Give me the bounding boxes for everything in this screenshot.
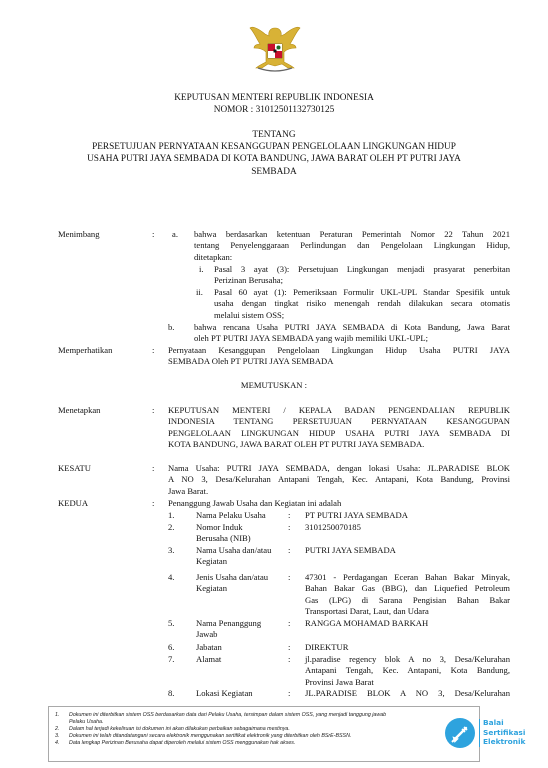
item-number: 7. xyxy=(168,654,174,665)
text-line: bahwa rencana Usaha PUTRI JAYA SEMBADA d… xyxy=(194,322,510,333)
note-number: 2. xyxy=(55,726,59,733)
bsre-divider xyxy=(479,719,480,747)
value-line: DIREKTUR xyxy=(305,642,510,653)
item-value: jl.paradise regency blok A no 3, Desa/Ke… xyxy=(305,654,510,688)
logo-line: Sertifikasi xyxy=(483,728,525,738)
text-line: tentang Penyelenggaraan Perlindungan dan… xyxy=(194,240,510,251)
item-number: 1. xyxy=(168,510,174,521)
value-line: JL.PARADISE BLOK A NO 3, Desa/Kelurahan xyxy=(305,688,510,699)
item-value: DIREKTUR xyxy=(305,642,510,653)
menimbang-b-marker: b. xyxy=(168,322,174,333)
menimbang-a-ii-marker: ii. xyxy=(196,287,203,298)
text-line: bahwa berdasarkan ketentuan Peraturan Pe… xyxy=(194,229,510,240)
colon: : xyxy=(288,688,290,699)
footer-note: 4.Data lengkap Perizinan Berusaha dapat … xyxy=(55,740,390,747)
item-number: 2. xyxy=(168,522,174,533)
decree-subject: TENTANG PERSETUJUAN PERNYATAAN KESANGGUP… xyxy=(40,129,508,178)
colon: : xyxy=(288,618,290,629)
decree-document-page: KEPUTUSAN MENTERI REPUBLIK INDONESIA NOM… xyxy=(0,0,548,768)
bsre-key-icon xyxy=(445,718,475,748)
menimbang-a-i-marker: i. xyxy=(199,264,204,275)
text-line: oleh PT PUTRI JAYA SEMBADA yang wajib me… xyxy=(194,333,510,344)
text-line: usaha dengan tingkat risiko menengah ren… xyxy=(214,298,510,309)
note-number: 1. xyxy=(55,712,59,719)
footer-notes-box: 1.Dokumen ini diterbitkan sistem OSS ber… xyxy=(48,706,480,762)
item-number: 8. xyxy=(168,688,174,699)
value-line: PUTRI JAYA SEMBADA xyxy=(305,545,510,556)
text-line: Pasal 3 ayat (3): Persetujuan Lingkungan… xyxy=(214,264,510,275)
memperhatikan-label: Memperhatikan xyxy=(58,345,112,356)
note-text: Dalam hal terjadi kekeliruan isi dokumen… xyxy=(69,726,290,732)
item-value: PT PUTRI JAYA SEMBADA xyxy=(305,510,510,521)
kesatu-label: KESATU xyxy=(58,463,91,474)
colon: : xyxy=(288,545,290,556)
colon: : xyxy=(288,642,290,653)
value-line: PT PUTRI JAYA SEMBADA xyxy=(305,510,510,521)
text-line: Pernyataan Kesanggupan Pengelolaan Lingk… xyxy=(168,345,510,356)
menimbang-a-i-text: Pasal 3 ayat (3): Persetujuan Lingkungan… xyxy=(214,264,510,287)
value-line: 47301 - Perdagangan Eceran Bahan Bakar M… xyxy=(305,572,510,583)
decree-number: NOMOR : 31012501132730125 xyxy=(40,104,508,116)
text-line: PENGELOLAAN LINGKUNGAN HIDUP USAHA PUTRI… xyxy=(168,428,510,439)
colon: : xyxy=(288,510,290,521)
memutuskan-heading: MEMUTUSKAN : xyxy=(40,380,508,390)
garuda-emblem-icon xyxy=(248,22,302,74)
menimbang-a-text: bahwa berdasarkan ketentuan Peraturan Pe… xyxy=(194,229,510,263)
note-number: 3. xyxy=(55,733,59,740)
tentang-label: TENTANG xyxy=(40,129,508,141)
key-line: Jawab xyxy=(196,629,282,640)
item-key: Nama Pelaku Usaha xyxy=(196,510,282,521)
logo-line: Balai xyxy=(483,718,525,728)
kedua-label: KEDUA xyxy=(58,498,88,509)
footer-note: 3.Dokumen ini telah ditandatangani secar… xyxy=(55,733,390,740)
key-line: Kegiatan xyxy=(196,583,282,594)
footer-note: 1.Dokumen ini diterbitkan sistem OSS ber… xyxy=(55,712,390,726)
key-line: Nama Penanggung xyxy=(196,618,282,629)
item-number: 3. xyxy=(168,545,174,556)
subject-line: PERSETUJUAN PERNYATAAN KESANGGUPAN PENGE… xyxy=(40,141,508,153)
kesatu-text: Nama Usaha: PUTRI JAYA SEMBADA, dengan l… xyxy=(168,463,510,497)
text-line: KOTA BANDUNG, JAWA BARAT OLEH PT PUTRI J… xyxy=(168,439,510,450)
menimbang-label: Menimbang xyxy=(58,229,100,240)
item-value: JL.PARADISE BLOK A NO 3, Desa/Kelurahan xyxy=(305,688,510,699)
text-line: Perizinan Berusaha; xyxy=(214,275,510,286)
subject-line: SEMBADA xyxy=(40,166,508,178)
value-line: Bahan Bakar Gas (BBG), dan Liquefied Pet… xyxy=(305,583,510,594)
key-line: Nama Pelaku Usaha xyxy=(196,510,282,521)
bsre-wordmark: Balai Sertifikasi Elektronik xyxy=(483,718,525,747)
menimbang-b-text: bahwa rencana Usaha PUTRI JAYA SEMBADA d… xyxy=(194,322,510,345)
menetapkan-text: KEPUTUSAN MENTERI / KEPALA BADAN PENGEND… xyxy=(168,405,510,451)
menimbang-a-ii-text: Pasal 60 ayat (1): Pemeriksaan Formulir … xyxy=(214,287,510,321)
key-line: Alamat xyxy=(196,654,282,665)
text-line: ditetapkan: xyxy=(194,252,510,263)
logo-line: Elektronik xyxy=(483,737,525,747)
subject-line: USAHA PUTRI JAYA SEMBADA DI KOTA BANDUNG… xyxy=(40,153,508,165)
value-line: Transportasi Darat, Laut, dan Udara xyxy=(305,606,510,617)
menimbang-a-marker: a. xyxy=(172,229,178,240)
colon: : xyxy=(152,405,154,416)
colon: : xyxy=(152,345,154,356)
decree-title: KEPUTUSAN MENTERI REPUBLIK INDONESIA xyxy=(40,92,508,104)
key-line: Nomor Induk xyxy=(196,522,282,533)
colon: : xyxy=(152,229,154,240)
text-line: melalui sistem OSS; xyxy=(214,310,510,321)
key-glyph-icon xyxy=(445,718,475,748)
value-line: Antapani Tengah, Kec. Antapani, Kota Ban… xyxy=(305,665,510,676)
item-number: 4. xyxy=(168,572,174,583)
footer-note: 2.Dalam hal terjadi kekeliruan isi dokum… xyxy=(55,726,390,733)
key-line: Jenis Usaha dan/atau xyxy=(196,572,282,583)
item-key: Alamat xyxy=(196,654,282,665)
menetapkan-label: Menetapkan xyxy=(58,405,100,416)
text-line: INDONESIA TENTANG PERSETUJUAN PERNYATAAN… xyxy=(168,416,510,427)
value-line: jl.paradise regency blok A no 3, Desa/Ke… xyxy=(305,654,510,665)
item-value: 47301 - Perdagangan Eceran Bahan Bakar M… xyxy=(305,572,510,618)
item-key: Nama Penanggung Jawab xyxy=(196,618,282,641)
item-value: PUTRI JAYA SEMBADA xyxy=(305,545,510,556)
decree-heading: KEPUTUSAN MENTERI REPUBLIK INDONESIA NOM… xyxy=(40,92,508,116)
value-line: Gas (LPG) di Sarana Pengisian Bahan Baka… xyxy=(305,595,510,606)
key-line: Jabatan xyxy=(196,642,282,653)
key-line: Nama Usaha dan/atau xyxy=(196,545,282,556)
item-number: 6. xyxy=(168,642,174,653)
value-line: RANGGA MOHAMAD BARKAH xyxy=(305,618,510,629)
footer-notes: 1.Dokumen ini diterbitkan sistem OSS ber… xyxy=(55,712,390,747)
memperhatikan-text: Pernyataan Kesanggupan Pengelolaan Lingk… xyxy=(168,345,510,368)
colon: : xyxy=(152,463,154,474)
text-line: A NO 3, Desa/Kelurahan Antapani Tengah, … xyxy=(168,474,510,485)
item-key: Jabatan xyxy=(196,642,282,653)
key-line: Berusaha (NIB) xyxy=(196,533,282,544)
value-line: 3101250070185 xyxy=(305,522,510,533)
note-number: 4. xyxy=(55,740,59,747)
text-line: Jawa Barat. xyxy=(168,486,510,497)
colon: : xyxy=(288,522,290,533)
note-text: Dokumen ini diterbitkan sistem OSS berda… xyxy=(69,712,386,725)
text-line: Nama Usaha: PUTRI JAYA SEMBADA, dengan l… xyxy=(168,463,510,474)
text-line: SEMBADA Oleh PT PUTRI JAYA SEMBADA xyxy=(168,356,510,367)
kedua-intro: Penanggung Jawab Usaha dan Kegiatan ini … xyxy=(168,498,510,509)
item-value: RANGGA MOHAMAD BARKAH xyxy=(305,618,510,629)
key-line: Lokasi Kegiatan xyxy=(196,688,282,699)
colon: : xyxy=(288,572,290,583)
item-key: Nama Usaha dan/atau Kegiatan xyxy=(196,545,282,568)
item-number: 5. xyxy=(168,618,174,629)
key-line: Kegiatan xyxy=(196,556,282,567)
bsre-logo: Balai Sertifikasi Elektronik xyxy=(445,716,525,752)
colon: : xyxy=(288,654,290,665)
item-key: Nomor Induk Berusaha (NIB) xyxy=(196,522,282,545)
colon: : xyxy=(152,498,154,509)
item-value: 3101250070185 xyxy=(305,522,510,533)
value-line: Provinsi Jawa Barat xyxy=(305,677,510,688)
item-key: Jenis Usaha dan/atau Kegiatan xyxy=(196,572,282,595)
text-line: Pasal 60 ayat (1): Pemeriksaan Formulir … xyxy=(214,287,510,298)
item-key: Lokasi Kegiatan xyxy=(196,688,282,699)
note-text: Dokumen ini telah ditandatangani secara … xyxy=(69,733,351,739)
note-text: Data lengkap Perizinan Berusaha dapat di… xyxy=(69,740,295,746)
text-line: KEPUTUSAN MENTERI / KEPALA BADAN PENGEND… xyxy=(168,405,510,416)
